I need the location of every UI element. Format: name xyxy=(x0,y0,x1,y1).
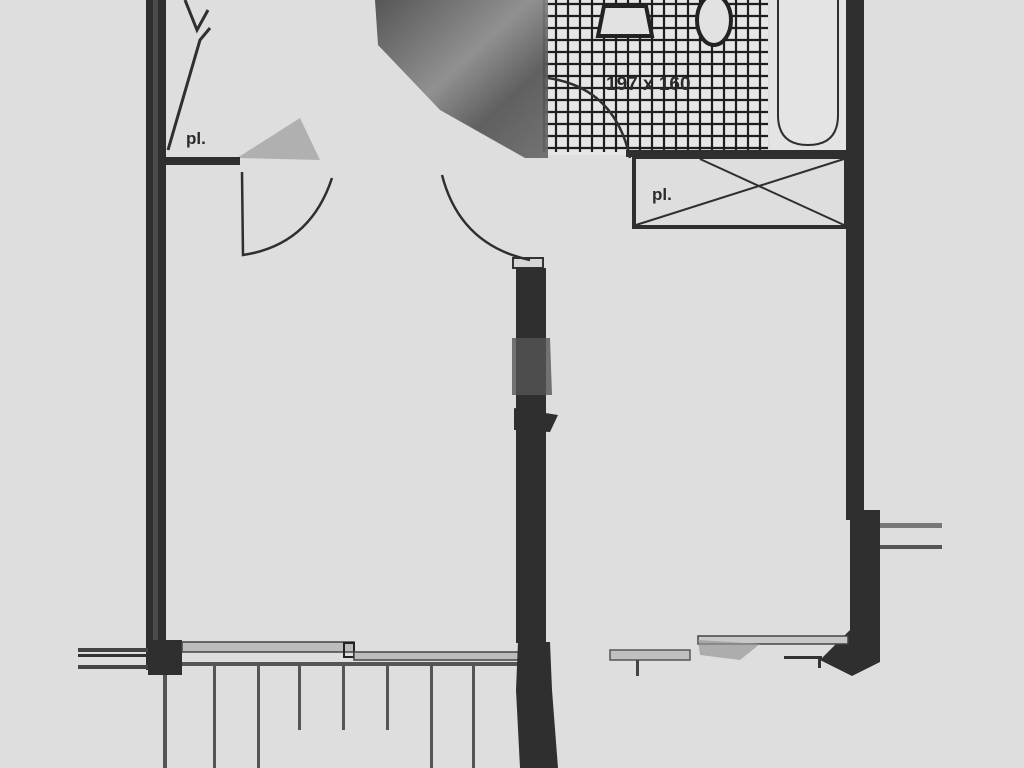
toilet-icon xyxy=(697,0,731,45)
closet-right-label: pl. xyxy=(652,185,672,204)
bathroom-dimension-label: 197 x 160 xyxy=(606,74,691,95)
scan-artifact xyxy=(237,0,548,160)
floor-plan: pl. 197 x 160 pl. xyxy=(0,0,1024,768)
wall-right xyxy=(846,0,864,520)
closet-left-wall xyxy=(166,157,240,165)
wall-middle xyxy=(516,268,546,643)
balcony-railing xyxy=(78,636,848,768)
door-swing-middle xyxy=(442,175,530,260)
bathtub-icon xyxy=(770,0,846,152)
closet-right: pl. xyxy=(634,157,846,227)
closet-left-label: pl. xyxy=(186,129,206,148)
door-swing-left xyxy=(242,172,332,255)
washbasin-icon xyxy=(598,6,652,36)
